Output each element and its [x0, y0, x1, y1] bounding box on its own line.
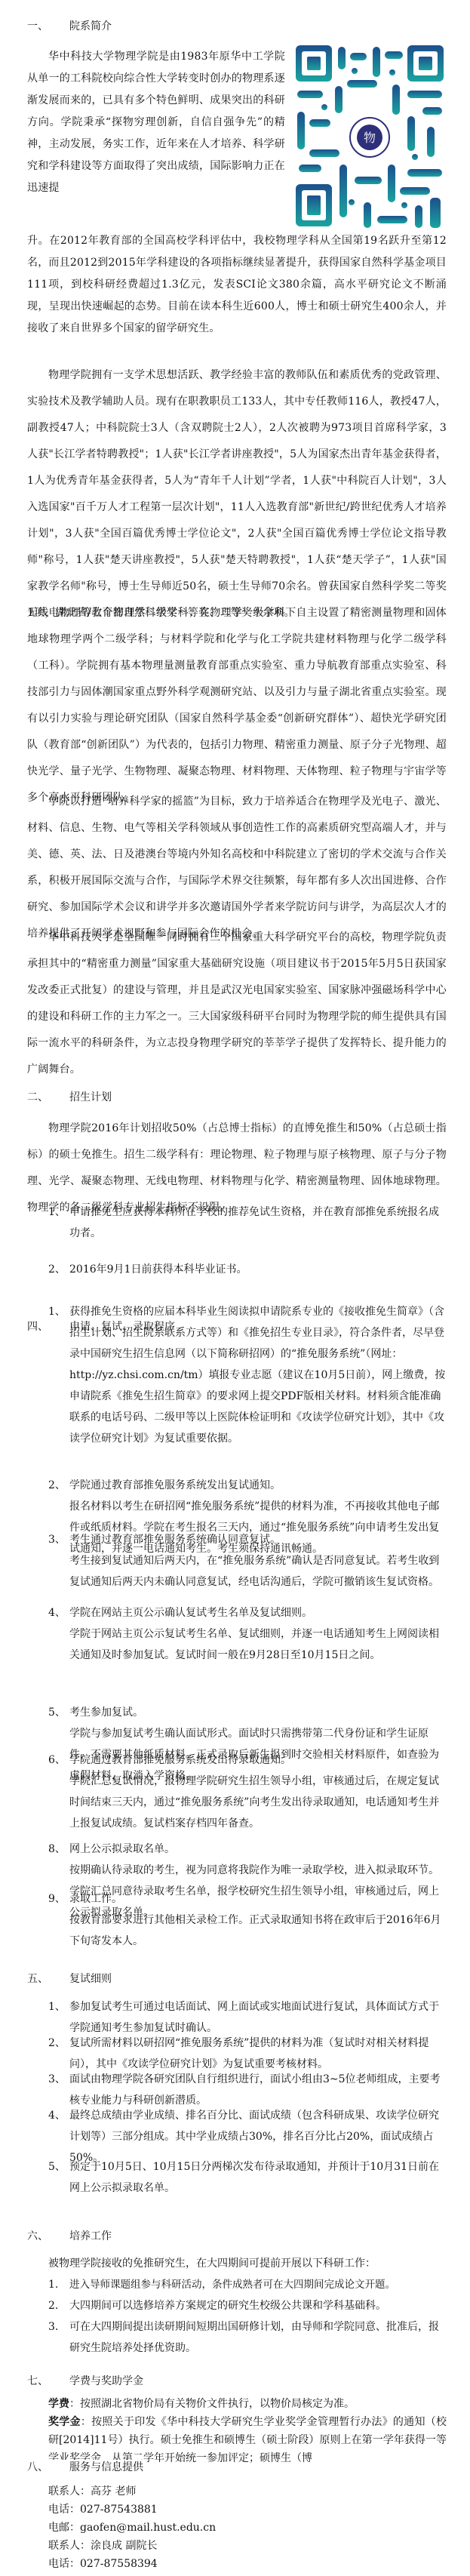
contact-phone-2: 电话：027-87558394 [48, 2553, 158, 2574]
section-heading-1: 一、院系简介 [27, 19, 112, 34]
tuition-line: 学费：按照湖北省物价局有关物价文件执行，以物价局核定为准。 [48, 2395, 447, 2413]
procedure-item-4: 4、学院在网站主页公示确认复试考生名单及复试细则。学院于网站主页公示复试考生名单… [48, 1602, 447, 1666]
section-heading-6: 六、培养工作 [27, 2229, 112, 2244]
document-page: 一、院系简介 [0, 0, 470, 2576]
tuition-label: 学费 [48, 2398, 69, 2410]
eligibility-item-1: 1、申请推免生应获得本科所在学校的推荐免试生资格，并在教育部推免系统报名成功者。 [48, 1202, 447, 1244]
procedure-item-1: 1、获得推免生资格的应届本科毕业生阅读拟申请院系专业的《接收推免生简章》（含招生… [48, 1301, 447, 1449]
section-title: 院系简介 [69, 20, 112, 32]
training-item-1: 1.进入导师课题组参与科研活动，条件成熟者可在大四期间完成论文开题。 [48, 2274, 447, 2295]
section-heading-8: 八、服务与信息提供 [27, 2460, 143, 2475]
intro-paragraph-3: 无线电物理等七个物理学二级学科；在物理学一级学科下自主设置了精密测量物理和固体地… [27, 600, 447, 811]
interview-rule-5: 5、预定于10月5日、10月15日分两梯次发布待录取通知，并预计于10月31日前… [48, 2156, 447, 2199]
training-intro: 被物理学院接收的免推研究生，在大四期间可提前开展以下科研工作： [48, 2253, 376, 2274]
section-heading-5: 五、复试细则 [27, 1971, 112, 1987]
training-item-3: 3.可在大四期间提出读研期间短期出国研修计划，由导师和学院同意、批准后，报研究生… [48, 2316, 447, 2359]
section-heading-2: 二、招生计划 [27, 1090, 112, 1105]
svg-text:物: 物 [364, 131, 376, 145]
procedure-item-3: 3、考生通过教育部推免服务系统确认同意复试。考生接到复试通知后两天内，在“推免服… [48, 1529, 447, 1593]
qr-code-image: 物 [294, 44, 445, 231]
scholarship-label: 奖学金 [48, 2416, 81, 2428]
eligibility-item-2: 2、2016年9月1日前获得本科毕业证书。 [48, 1259, 447, 1280]
intro-paragraph-1-top: 华中科技大学物理学院是由1983年原华中工学院从单一的工科院校向综合性大学转变时… [27, 46, 285, 221]
procedure-item-9: 9、录取工作。按教育部要求进行其他相关录检工作。正式录取通知书将在政审后于201… [48, 1888, 447, 1952]
qr-code-icon: 物 [294, 44, 445, 231]
training-item-2: 2.大四期间可以选修培养方案规定的研究生校级公共课和学科基础科。 [48, 2295, 447, 2316]
procedure-item-6: 6、学院通过教育部推免服务系统发出待录取通知。学院汇总复试情况，报物理学院研究生… [48, 1750, 447, 1834]
intro-paragraph-2: 物理学院拥有一支学术思想活跃、教学经验丰富的教师队伍和素质优秀的党政管理、实验技… [27, 362, 447, 626]
intro-paragraph-4: 学院以打造“培养科学家的摇篮”为目标，致力于培养适合在物理学及光电子、激光、材料… [27, 789, 447, 947]
intro-paragraph-5: 华中科技大学是全国唯一同时拥有三个国家重大科学研究平台的高校，物理学院负责承担其… [27, 925, 447, 1083]
section-heading-7: 七、学费与奖助学金 [27, 2374, 143, 2389]
intro-paragraph-1-rest: 升。在2012年教育部的全国高校学科评估中，我校物理学科从全国第19名跃升至第1… [27, 230, 447, 340]
